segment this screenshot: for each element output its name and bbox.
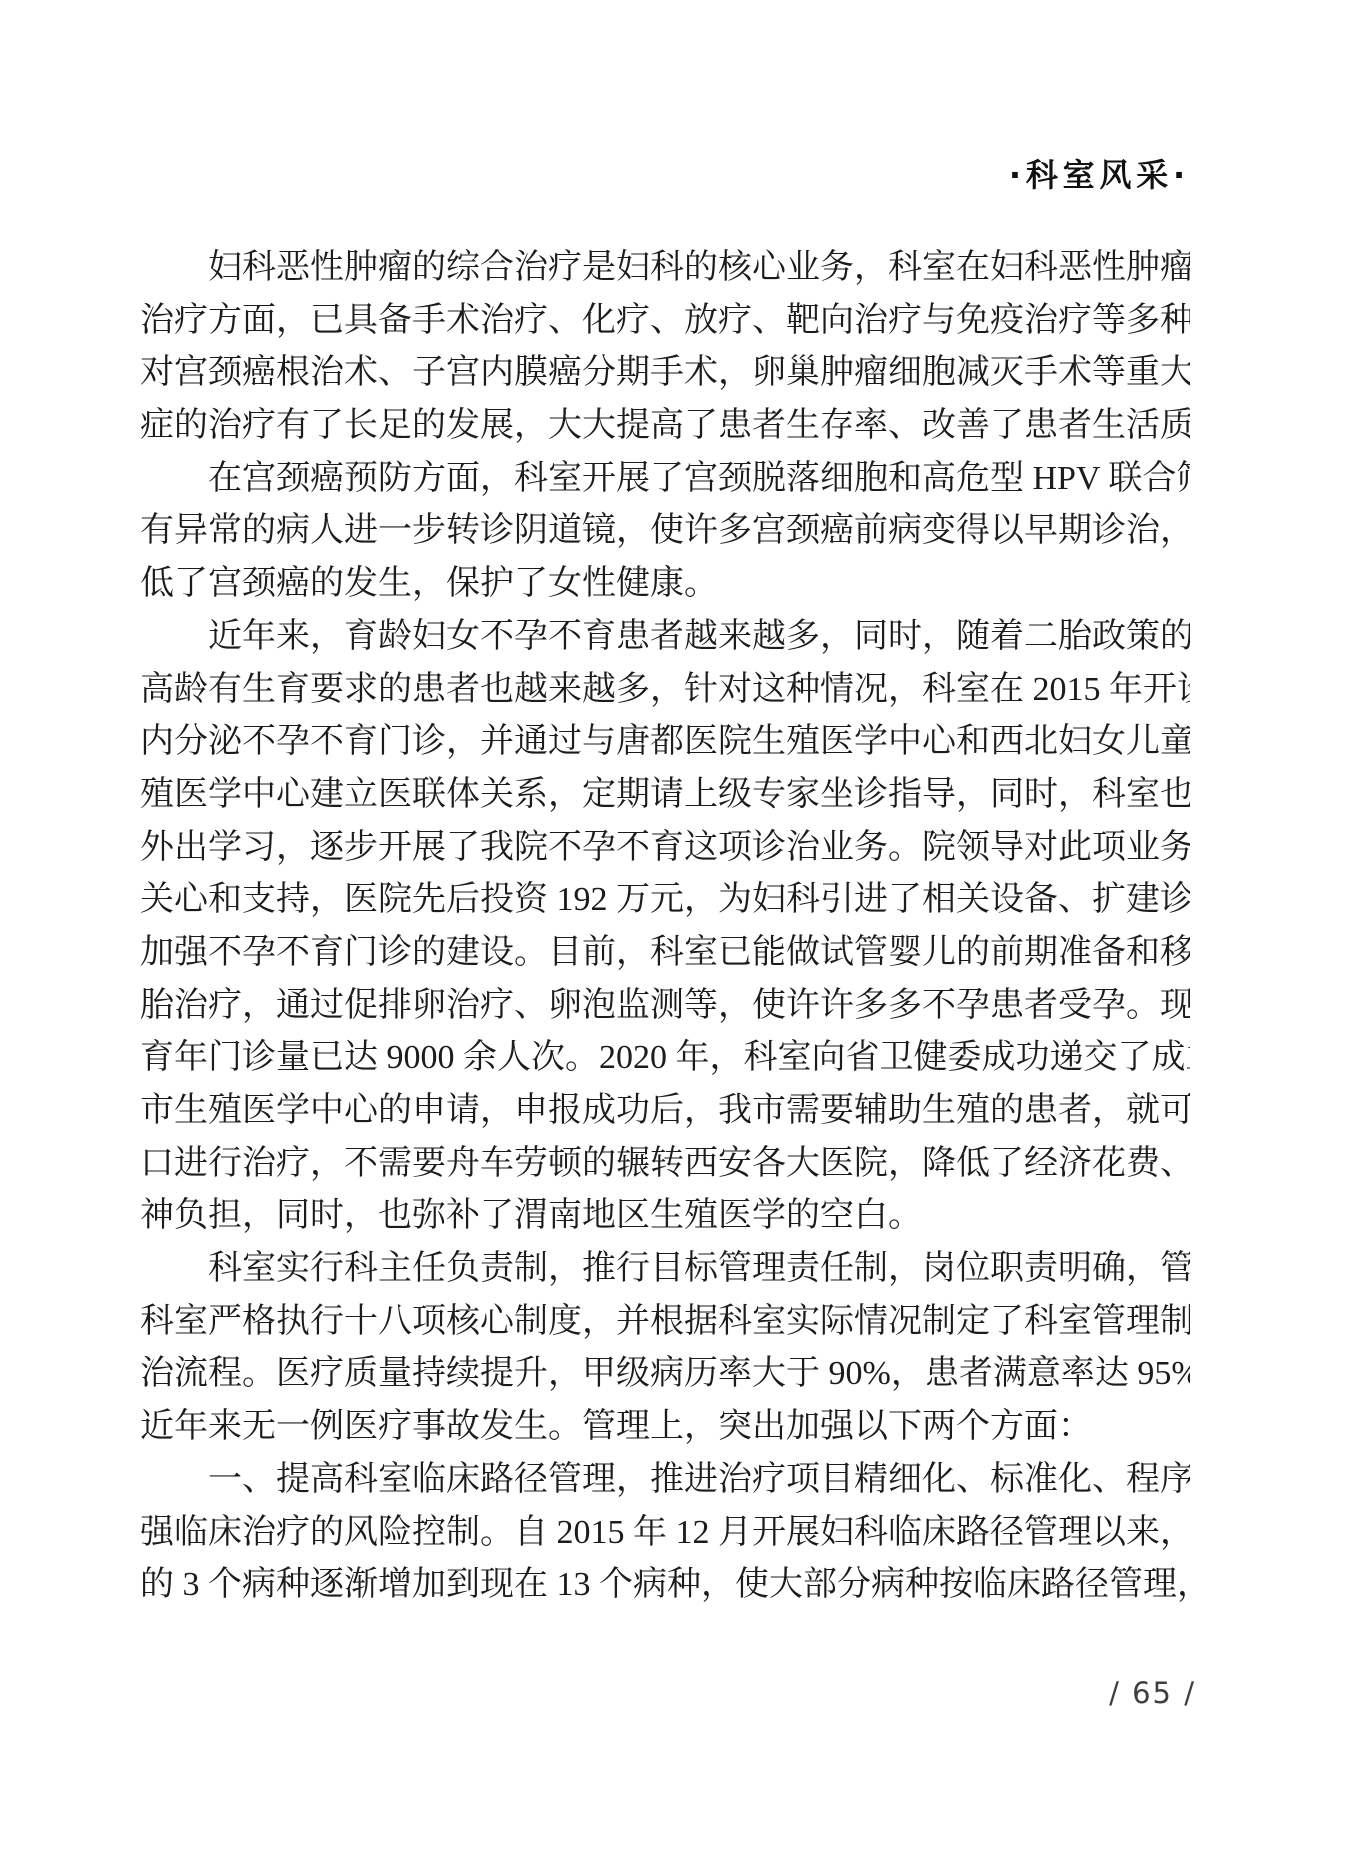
text-line: 胎治疗，通过促排卵治疗、卵泡监测等，使许许多多不孕患者受孕。现不孕不 [140, 980, 1190, 1033]
text-line: 市生殖医学中心的申请，申报成功后，我市需要辅助生殖的患者，就可在家门 [140, 1085, 1190, 1138]
text-line: 一、提高科室临床路径管理，推进治疗项目精细化、标准化、程序化，加 [140, 1454, 1190, 1507]
paragraph: 近年来，育龄妇女不孕不育患者越来越多，同时，随着二胎政策的放开， 高龄有生育要求… [140, 611, 1190, 1243]
text-line: 殖医学中心建立医联体关系，定期请上级专家坐诊指导，同时，科室也派医生 [140, 769, 1190, 822]
text-line: 内分泌不孕不育门诊，并通过与唐都医院生殖医学中心和西北妇女儿童医院生 [140, 716, 1190, 769]
page-number: / 65 / [1109, 1676, 1196, 1710]
text-line: 有异常的病人进一步转诊阴道镜，使许多宫颈癌前病变得以早期诊治，大大降 [140, 505, 1190, 558]
paragraph: 在宫颈癌预防方面，科室开展了宫颈脱落细胞和高危型 HPV 联合筛查，对 有异常的… [140, 453, 1190, 611]
text-line: 症的治疗有了长足的发展，大大提高了患者生存率、改善了患者生活质量。 [140, 400, 1190, 453]
section-header: ·科室风采· [1009, 150, 1190, 196]
text-line: 强临床治疗的风险控制。自 2015 年 12 月开展妇科临床路径管理以来，从最初 [140, 1507, 1190, 1560]
document-page: ·科室风采· 妇科恶性肿瘤的综合治疗是妇科的核心业务，科室在妇科恶性肿瘤的综合 … [0, 0, 1362, 1858]
text-line: 治流程。医疗质量持续提升，甲级病历率大于 90%，患者满意率达 95% 以上。 [140, 1348, 1190, 1401]
text-line: 在宫颈癌预防方面，科室开展了宫颈脱落细胞和高危型 HPV 联合筛查，对 [140, 453, 1190, 506]
text-line: 科室实行科主任负责制，推行目标管理责任制，岗位职责明确，管理有序。 [140, 1243, 1190, 1296]
paragraph: 妇科恶性肿瘤的综合治疗是妇科的核心业务，科室在妇科恶性肿瘤的综合 治疗方面，已具… [140, 242, 1190, 453]
text-line: 科室严格执行十八项核心制度，并根据科室实际情况制定了科室管理制度和诊 [140, 1296, 1190, 1349]
paragraph: 科室实行科主任负责制，推行目标管理责任制，岗位职责明确，管理有序。 科室严格执行… [140, 1243, 1190, 1454]
text-line: 近年来无一例医疗事故发生。管理上，突出加强以下两个方面： [140, 1401, 1190, 1454]
text-line: 口进行治疗，不需要舟车劳顿的辗转西安各大医院，降低了经济花费、减轻精 [140, 1138, 1190, 1191]
text-line: 对宫颈癌根治术、子宫内膜癌分期手术，卵巢肿瘤细胞减灭手术等重大疑难病 [140, 347, 1190, 400]
text-line: 低了宫颈癌的发生，保护了女性健康。 [140, 558, 1190, 611]
body-text: 妇科恶性肿瘤的综合治疗是妇科的核心业务，科室在妇科恶性肿瘤的综合 治疗方面，已具… [140, 242, 1190, 1612]
text-line: 妇科恶性肿瘤的综合治疗是妇科的核心业务，科室在妇科恶性肿瘤的综合 [140, 242, 1190, 295]
text-line: 的 3 个病种逐渐增加到现在 13 个病种，使大部分病种按临床路径管理，临床路 [140, 1559, 1190, 1612]
text-line: 治疗方面，已具备手术治疗、化疗、放疗、靶向治疗与免疫治疗等多种治疗手段， [140, 295, 1190, 348]
text-line: 关心和支持，医院先后投资 192 万元，为妇科引进了相关设备、扩建诊疗区域， [140, 874, 1190, 927]
text-line: 加强不孕不育门诊的建设。目前，科室已能做试管婴儿的前期准备和移植后保 [140, 927, 1190, 980]
text-line: 外出学习，逐步开展了我院不孕不育这项诊治业务。院领导对此项业务也非常 [140, 822, 1190, 875]
text-line: 神负担，同时，也弥补了渭南地区生殖医学的空白。 [140, 1190, 1190, 1243]
paragraph: 一、提高科室临床路径管理，推进治疗项目精细化、标准化、程序化，加 强临床治疗的风… [140, 1454, 1190, 1612]
text-line: 近年来，育龄妇女不孕不育患者越来越多，同时，随着二胎政策的放开， [140, 611, 1190, 664]
text-line: 育年门诊量已达 9000 余人次。2020 年，科室向省卫健委成功递交了成立渭南 [140, 1032, 1190, 1085]
text-line: 高龄有生育要求的患者也越来越多，针对这种情况，科室在 2015 年开设了生殖 [140, 664, 1190, 717]
